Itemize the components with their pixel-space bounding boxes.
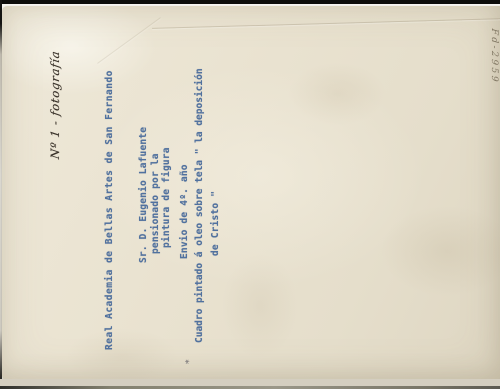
paper-crease [97,17,161,64]
ink-smudge-mark: * [185,360,195,365]
typewritten-line-institution: Real Academia de Bellas Artes de San Fer… [105,70,115,350]
typewritten-line-envio: Envio de 4º. año [180,164,190,259]
pencil-inventory-number: Fd-2959 [489,28,499,85]
typewritten-line-discipline: pintura de figura [162,147,172,248]
handwritten-note: Nº 1 - fotografía [48,50,62,160]
typewritten-line-name: Sr. D. Eugenio Lafuente [139,127,149,263]
scanner-edge-left [0,0,2,389]
typewritten-line-artwork-title-cont: de Cristo " [211,191,221,256]
photo-card-verso: Nº 1 - fotografía Real Academia de Bella… [2,6,500,380]
typewritten-line-artwork-title: Cuadro pintado á oleo sobre tela " la de… [195,68,205,343]
scanner-edge-top [0,0,500,4]
typewritten-line-pension: pensionado por la [151,153,161,254]
paper-crease [152,18,500,29]
scanned-document: Nº 1 - fotografía Real Academia de Bella… [0,0,500,389]
